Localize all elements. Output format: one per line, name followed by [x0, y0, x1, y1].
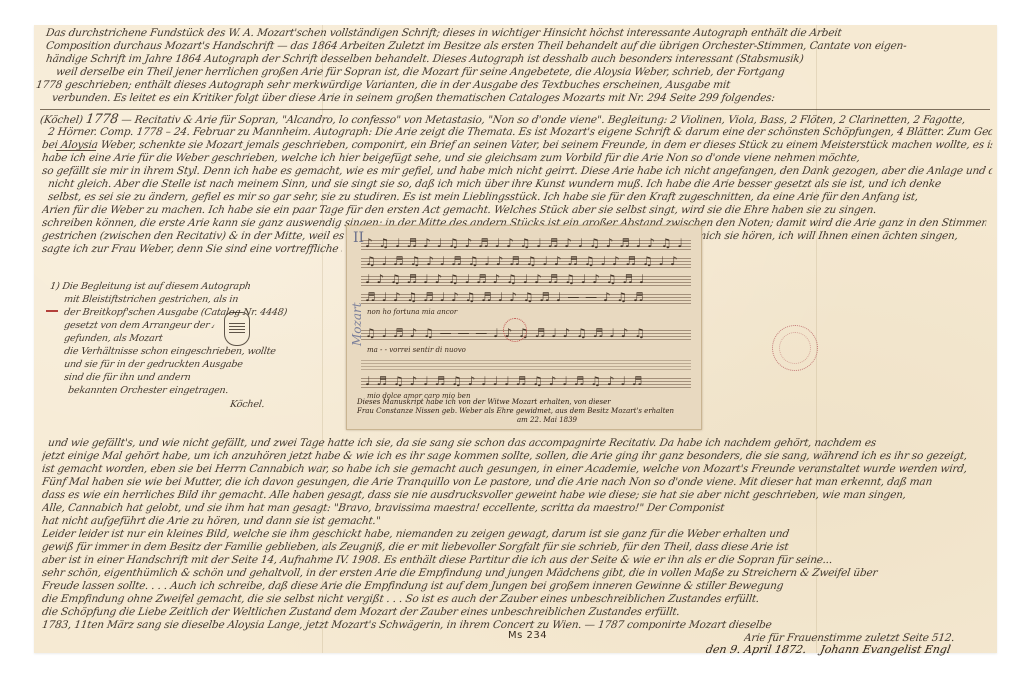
signature-name: Johann Evangelist Engl [819, 643, 951, 656]
lower-text-line: Alle, Cannabich hat gelobt, und sie ihm … [41, 502, 993, 515]
main-entry-line: so gefällt sie mir in ihrem Styl. Denn i… [41, 165, 993, 178]
lower-text-line: Leider leider ist nur ein kleines Bild, … [41, 528, 993, 541]
lower-text-line: jetzt einige Mal gehört habe, um ich anz… [41, 450, 993, 463]
manuscript-sheet: Das durchstrichene Fundstück des W. A. M… [34, 25, 997, 653]
lower-text-line: ist gemacht worden, eben sie bei Herrn C… [41, 463, 993, 476]
footnote-line: gesetzt von dem Arrangeur der Arie späte… [63, 320, 215, 333]
music-notes: ♬ ♩ ♪ ♫ ♬ ♩ ♪ ♫ ♬ ♩ ♪ ♫ ♬ ♩ — — ♪ ♫ ♬ [365, 290, 689, 310]
footnote-text: Die Begleitung ist auf diesem Autograph [62, 281, 252, 292]
music-notes: ♩ ♪ ♫ ♬ ♩ ♪ ♫ ♩ ♬ ♪ ♫ ♩ ♪ ♬ ♫ ♩ ♪ ♫ ♬ ♩ [365, 272, 689, 292]
main-entry-line: Arien für die Weber zu machen. Ich habe … [41, 204, 987, 217]
footnote-first-line: 1) Die Begleitung ist auf diesem Autogra… [49, 281, 311, 294]
footnote-line: sind die für ihn und andern [63, 372, 315, 385]
lower-text-line: gewiß für immer in dem Besitz der Famili… [41, 541, 993, 554]
footnote-line: der Breitkopf'schen Ausgabe (Catalog Nr.… [63, 307, 315, 320]
top-note-line: weil derselbe ein Theil jener herrlichen… [55, 66, 987, 79]
inset-provenance-caption: Dieses Manuskript habe ich von der Witwe… [357, 398, 691, 425]
coat-of-arms-sketch [224, 312, 250, 346]
lyric-line: ma - - vorrei sentir di nuovo [367, 346, 466, 354]
footnote-line: gefunden, als Mozart [63, 333, 215, 346]
lower-text-line: aber ist in einer Handschrift mit der Se… [41, 554, 993, 567]
lower-text-line: die Empfindung ohne Zweifel gemacht, die… [41, 593, 993, 606]
caption-line: Dieses Manuskript habe ich von der Witwe… [357, 398, 691, 407]
top-note-line: verbunden. Es leitet es ein Kritiker fol… [51, 92, 987, 105]
main-entry-line: sagte ich zur Frau Weber, denn Sie sind … [41, 243, 343, 256]
main-entry-line: nicht gleich. Aber die Stelle ist nach m… [47, 178, 993, 191]
red-ink-mark [46, 310, 58, 312]
footnote-marker: 1) [49, 281, 60, 292]
main-entry-line: habe ich eine Arie für die Weber geschri… [41, 152, 993, 165]
section-divider [40, 109, 990, 110]
signature-date: den 9. April 1872. [705, 643, 808, 656]
lower-text-line: 1783, 11ten März sang sie dieselbe Aloys… [41, 619, 793, 632]
top-note-line: 1778 geschrieben; enthält dieses Autogra… [35, 79, 987, 92]
lyric-line: non ho fortuna mia ancor [367, 308, 457, 316]
caption-line: am 22. Mai 1839 [357, 416, 691, 425]
lower-text-line: sehr schön, eigenthümlich & schön und ge… [41, 567, 993, 580]
entry-heading: — Recitativ & Arie für Sopran, "Alcandro… [120, 114, 966, 126]
footnote-line: und sie für in der gedruckten Ausgabe [63, 359, 315, 372]
footnote-line: bekannten Orchester eingetragen. [67, 385, 309, 398]
inset-library-stamp [503, 318, 527, 342]
entry-marker: (Köchel) [39, 114, 83, 126]
music-staff-empty [361, 360, 691, 372]
date-signature-line: den 9. April 1872. Johann Evangelist Eng… [705, 643, 952, 656]
music-notes: ♪ ♫ ♩ ♬ ♪ ♩ ♫ ♪ ♬ ♩ ♪ ♫ ♩ ♬ ♪ ♩ ♫ ♪ ♬ ♩ … [365, 236, 689, 256]
lower-text-line: Freude lassen sollte. . . . Auch ich sch… [41, 580, 993, 593]
lower-text-line: dass es wie ein herrliches Bild ihr gema… [41, 489, 993, 502]
top-note-line: Das durchstrichene Fundstück des W. A. M… [45, 27, 987, 40]
top-note-line: händige Schrift im Jahre 1864 Autograph … [45, 53, 987, 66]
footnote-line: die Verhältnisse schon eingeschrieben, w… [63, 346, 315, 359]
top-note-line: Composition durchaus Mozart's Handschrif… [45, 40, 987, 53]
footnote-line: mit Bleistiftstrichen gestrichen, als in [63, 294, 315, 307]
stamp-inner-ring [779, 332, 811, 364]
entry-year: 1778 [85, 113, 119, 127]
lower-text-line: und wie gefällt's, und wie nicht gefällt… [47, 437, 993, 450]
library-ownership-stamp [772, 325, 818, 371]
main-entry-line: selbst, es sei sie zu ändern, gefiel es … [47, 191, 993, 204]
lower-text-line: Fünf Mal haben sie wie bei Mutter, die i… [41, 476, 993, 489]
lower-text-line: hat nicht aufgeführt die Arie zu hören, … [41, 515, 543, 528]
footnote-signature: Köchel. [229, 399, 311, 412]
music-notes: ♫ ♩ ♬ ♪ ♫ — — — ♩ ♪ ♫ ♬ ♩ ♪ ♫ ♬ ♩ ♪ ♫ [365, 326, 689, 346]
music-notes: ♩ ♬ ♫ ♪ ♩ ♬ ♫ ♪ ♩ ♩ ♩ ♬ ♫ ♪ ♩ ♬ ♫ ♪ ♩ ♬ [365, 374, 689, 394]
name-underline [56, 150, 96, 151]
shelfmark-label: Ms 234 [508, 630, 547, 641]
inset-music-manuscript: II Mozart ♪ ♫ ♩ ♬ ♪ ♩ ♫ ♪ ♬ ♩ ♪ ♫ ♩ ♬ ♪ … [346, 225, 702, 430]
main-entry-heading-row: (Köchel) 1778 — Recitativ & Arie für Sop… [39, 113, 993, 127]
main-entry-line: 2 Hörner. Comp. 1778 – 24. Februar zu Ma… [47, 126, 993, 139]
main-entry-line: bei Aloysia Weber, schenkte sie Mozart j… [41, 139, 993, 152]
music-notes: ♫ ♩ ♬ ♫ ♪ ♩ ♬ ♫ ♩ ♪ ♬ ♫ ♩ ♪ ♬ ♫ ♩ ♪ ♬ ♫ … [365, 254, 689, 274]
lower-text-line: die Schöpfung die Liebe Zeitlich der Wel… [41, 606, 723, 619]
caption-line: Frau Constanze Nissen geb. Weber als Ehr… [357, 407, 691, 416]
